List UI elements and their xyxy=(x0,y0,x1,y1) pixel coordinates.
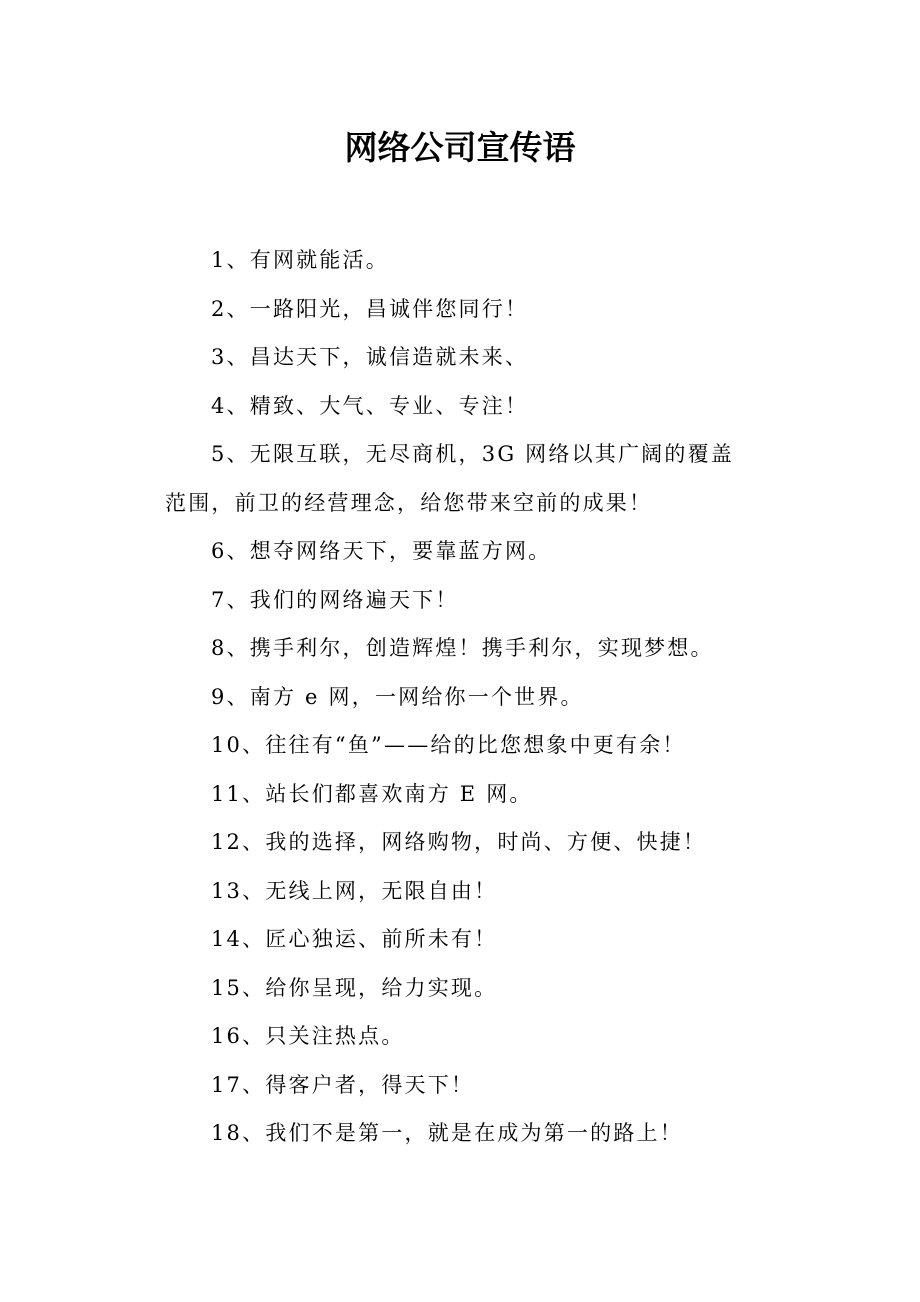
slogan-item-13: 13、无线上网，无限自由！ xyxy=(165,867,753,916)
slogan-item-16: 16、只关注热点。 xyxy=(165,1012,753,1061)
slogan-item-5: 5、无限互联，无尽商机，3G 网络以其广阔的覆盖范围，前卫的经营理念，给您带来空… xyxy=(165,430,753,527)
slogan-item-14: 14、匠心独运、前所未有！ xyxy=(165,915,753,964)
slogan-item-18: 18、我们不是第一，就是在成为第一的路上！ xyxy=(165,1109,753,1158)
slogan-item-6: 6、想夺网络天下，要靠蓝方网。 xyxy=(165,527,753,576)
slogan-item-17: 17、得客户者，得天下！ xyxy=(165,1061,753,1110)
slogan-item-11: 11、站长们都喜欢南方 E 网。 xyxy=(165,770,753,819)
slogan-item-4: 4、精致、大气、专业、专注！ xyxy=(165,382,753,431)
slogan-item-9: 9、南方 e 网，一网给你一个世界。 xyxy=(165,673,753,722)
document-page: 网络公司宣传语 1、有网就能活。 2、一路阳光，昌诚伴您同行！ 3、昌达天下，诚… xyxy=(0,0,920,1302)
slogan-item-15: 15、给你呈现，给力实现。 xyxy=(165,964,753,1013)
slogan-item-7: 7、我们的网络遍天下！ xyxy=(165,576,753,625)
slogan-list: 1、有网就能活。 2、一路阳光，昌诚伴您同行！ 3、昌达天下，诚信造就未来、 4… xyxy=(165,236,753,1158)
slogan-item-3: 3、昌达天下，诚信造就未来、 xyxy=(165,333,753,382)
slogan-item-8: 8、携手利尔，创造辉煌！携手利尔，实现梦想。 xyxy=(165,624,753,673)
slogan-item-1: 1、有网就能活。 xyxy=(165,236,753,285)
slogan-item-12: 12、我的选择，网络购物，时尚、方便、快捷！ xyxy=(165,818,753,867)
document-title: 网络公司宣传语 xyxy=(0,124,920,172)
slogan-item-2: 2、一路阳光，昌诚伴您同行！ xyxy=(165,285,753,334)
slogan-item-10: 10、往往有“鱼”——给的比您想象中更有余！ xyxy=(165,721,753,770)
